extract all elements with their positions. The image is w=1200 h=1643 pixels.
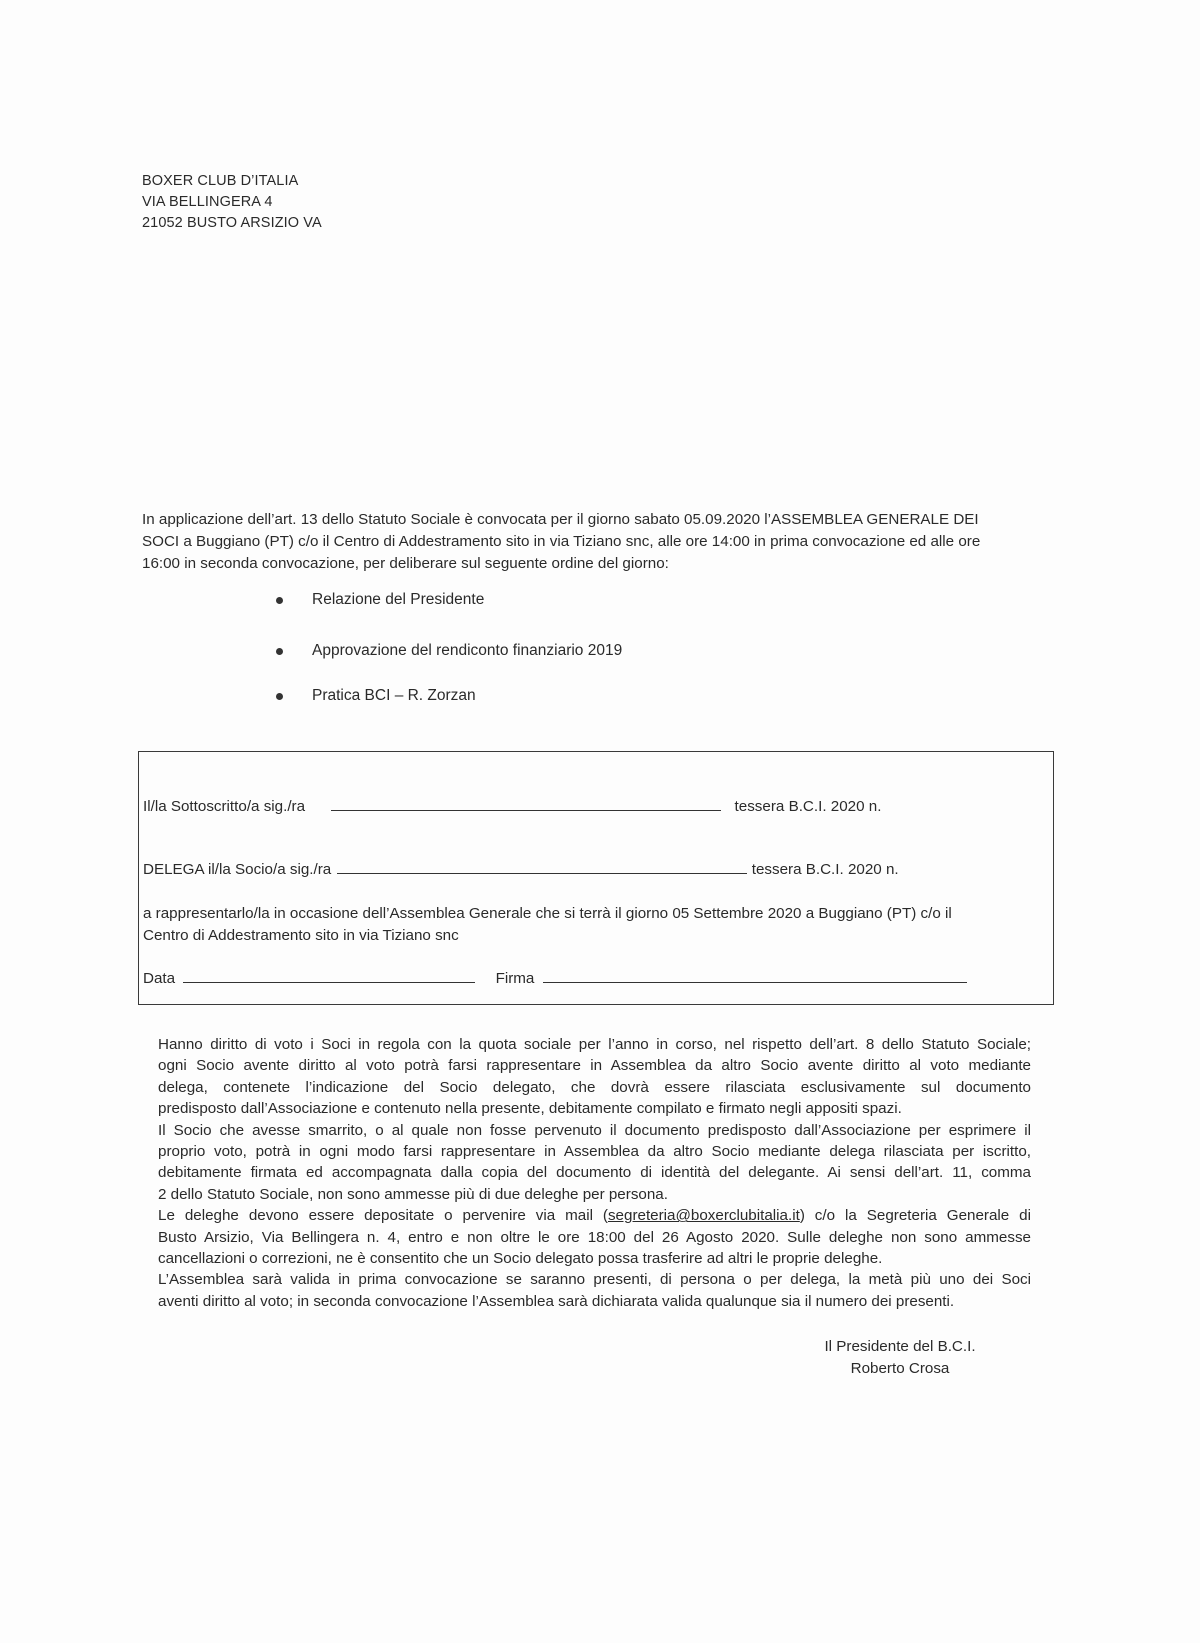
signature-field[interactable]: [543, 968, 967, 983]
notes-line: ogni Socio avente diritto al voto potrà …: [158, 1055, 1031, 1076]
agenda-item: Approvazione del rendiconto finanziario …: [272, 640, 622, 662]
notes-line: debitamente firmata ed accompagnata dall…: [158, 1162, 1031, 1183]
sottoscritto-name-field[interactable]: [331, 796, 721, 811]
signature-name: Roberto Crosa: [800, 1358, 1000, 1380]
sottoscritto-card-label: tessera B.C.I. 2020 n.: [735, 797, 882, 817]
delega-row: DELEGA il/la Socio/a sig./ra tessera B.C…: [143, 859, 899, 880]
delega-name-field[interactable]: [337, 859, 747, 874]
notes-line: delega, contenete l’indicazione del Soci…: [158, 1077, 1031, 1098]
intro-line: 16:00 in seconda convocazione, per delib…: [142, 553, 1057, 575]
notes-line: Hanno diritto di voto i Soci in regola c…: [158, 1034, 1031, 1055]
voting-rules-paragraph: Hanno diritto di voto i Soci in regola c…: [158, 1034, 1031, 1312]
agenda-item-text: Pratica BCI – R. Zorzan: [312, 687, 476, 704]
notes-line: 2 dello Statuto Sociale, non sono ammess…: [158, 1184, 1031, 1205]
date-field[interactable]: [183, 968, 475, 983]
address-line-club: BOXER CLUB D’ITALIA: [142, 171, 322, 192]
bullet-icon: [276, 648, 283, 655]
intro-line: In applicazione dell’art. 13 dello Statu…: [142, 509, 1057, 531]
notes-line: proprio voto, potrà in ogni modo farsi r…: [158, 1141, 1031, 1162]
bullet-icon: [276, 597, 283, 604]
representation-line: a rappresentarlo/la in occasione dell’As…: [143, 903, 952, 925]
address-line-street: VIA BELLINGERA 4: [142, 192, 322, 213]
sottoscritto-label: Il/la Sottoscritto/a sig./ra: [143, 797, 305, 817]
notes-line: Busto Arsizio, Via Bellingera n. 4, entr…: [158, 1227, 1031, 1248]
president-signature: Il Presidente del B.C.I. Roberto Crosa: [800, 1336, 1000, 1380]
notes-line: cancellazioni o correzioni, ne è consent…: [158, 1248, 1031, 1269]
mail-prefix: Le deleghe devono essere depositate o pe…: [158, 1207, 608, 1224]
convocation-paragraph: In applicazione dell’art. 13 dello Statu…: [142, 509, 1057, 575]
address-line-city: 21052 BUSTO ARSIZIO VA: [142, 213, 322, 234]
date-label: Data: [143, 969, 175, 989]
notes-line: Il Socio che avesse smarrito, o al quale…: [158, 1120, 1031, 1141]
date-signature-row: Data Firma: [143, 968, 967, 989]
bullet-icon: [276, 693, 283, 700]
representation-text: a rappresentarlo/la in occasione dell’As…: [143, 903, 952, 947]
delega-label: DELEGA il/la Socio/a sig./ra: [143, 860, 331, 880]
notes-line: predisposto dall’Associazione e contenut…: [158, 1098, 1031, 1119]
representation-line: Centro di Addestramento sito in via Tizi…: [143, 925, 952, 947]
notes-line: L’Assemblea sarà valida in prima convoca…: [158, 1269, 1031, 1290]
sender-address: BOXER CLUB D’ITALIA VIA BELLINGERA 4 210…: [142, 171, 322, 234]
proxy-form-box: Il/la Sottoscritto/a sig./ra tessera B.C…: [138, 751, 1054, 1005]
document-page: BOXER CLUB D’ITALIA VIA BELLINGERA 4 210…: [0, 0, 1200, 1643]
delega-card-label: tessera B.C.I. 2020 n.: [752, 860, 899, 880]
intro-line: SOCI a Buggiano (PT) c/o il Centro di Ad…: [142, 531, 1057, 553]
agenda-item-text: Relazione del Presidente: [312, 591, 484, 608]
signature-title: Il Presidente del B.C.I.: [800, 1336, 1000, 1358]
sottoscritto-row: Il/la Sottoscritto/a sig./ra tessera B.C…: [143, 796, 881, 817]
mail-suffix: ) c/o la Segreteria Generale di: [800, 1207, 1031, 1224]
agenda-item: Pratica BCI – R. Zorzan: [272, 685, 476, 707]
email-link[interactable]: segreteria@boxerclubitalia.it: [608, 1207, 800, 1224]
agenda-item-text: Approvazione del rendiconto finanziario …: [312, 642, 622, 659]
signature-label: Firma: [496, 969, 535, 989]
notes-line: aventi diritto al voto; in seconda convo…: [158, 1291, 1031, 1312]
notes-line-mail: Le deleghe devono essere depositate o pe…: [158, 1205, 1031, 1226]
agenda-item: Relazione del Presidente: [272, 589, 484, 611]
